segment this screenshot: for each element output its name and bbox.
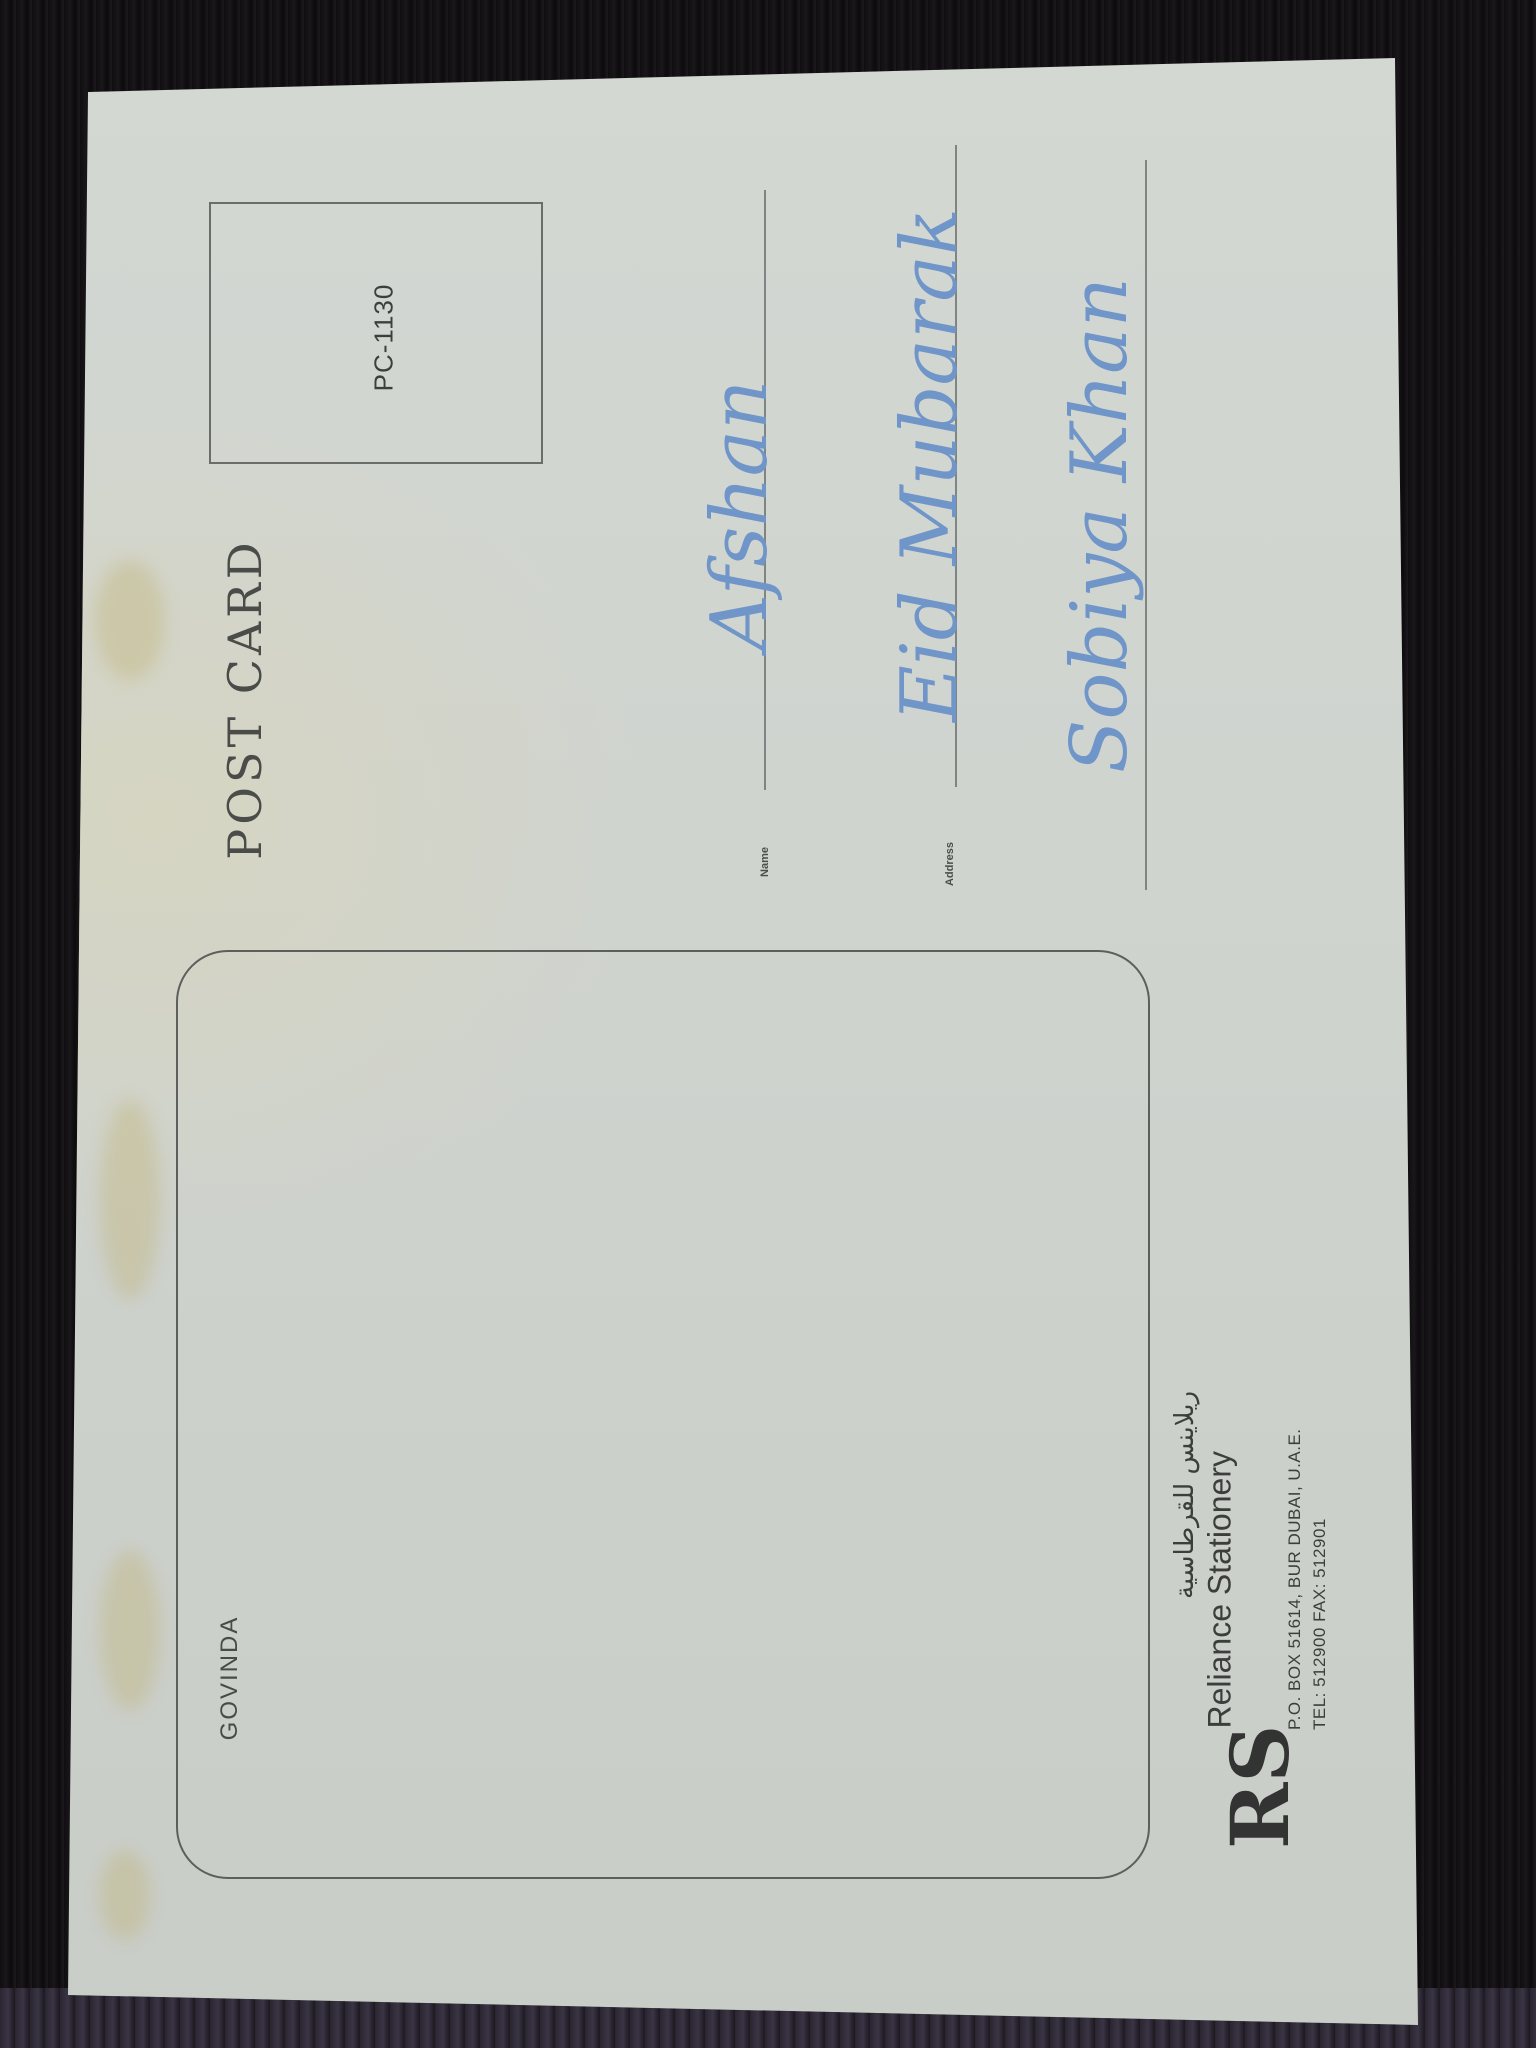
postcard-title: POST CARD: [218, 509, 272, 889]
publisher-address: P.O. BOX 51614, BUR DUBAI, U.A.E.: [1285, 1410, 1305, 1730]
picture-caption: GOVINDA: [216, 1608, 244, 1748]
picture-frame: [176, 950, 1150, 1879]
age-stain: [95, 560, 165, 680]
age-stain: [100, 1100, 160, 1300]
publisher-contact: TEL: 512900 FAX: 512901: [1310, 1410, 1330, 1730]
address-label: Address: [944, 834, 956, 894]
publisher-name-arabic: ريلاينس للقرطاسية: [1170, 1345, 1200, 1645]
handwritten-name: Afshan: [695, 265, 785, 765]
publisher-name: Reliance Stationery: [1202, 1419, 1239, 1729]
age-stain: [100, 1550, 160, 1710]
publisher-logo: RS: [1213, 1749, 1307, 1849]
stamp-code: PC-1130: [369, 278, 400, 398]
postcard: PC-1130 POST CARD Name Afshan Address Ei…: [0, 0, 1536, 2048]
handwritten-address-line-2: Sobiya Khan: [1055, 215, 1145, 835]
age-stain: [100, 1850, 150, 1940]
address-line-2: [1145, 160, 1147, 890]
handwritten-address-line-1: Eid Mubarak: [885, 165, 975, 765]
name-label: Name: [759, 837, 771, 887]
